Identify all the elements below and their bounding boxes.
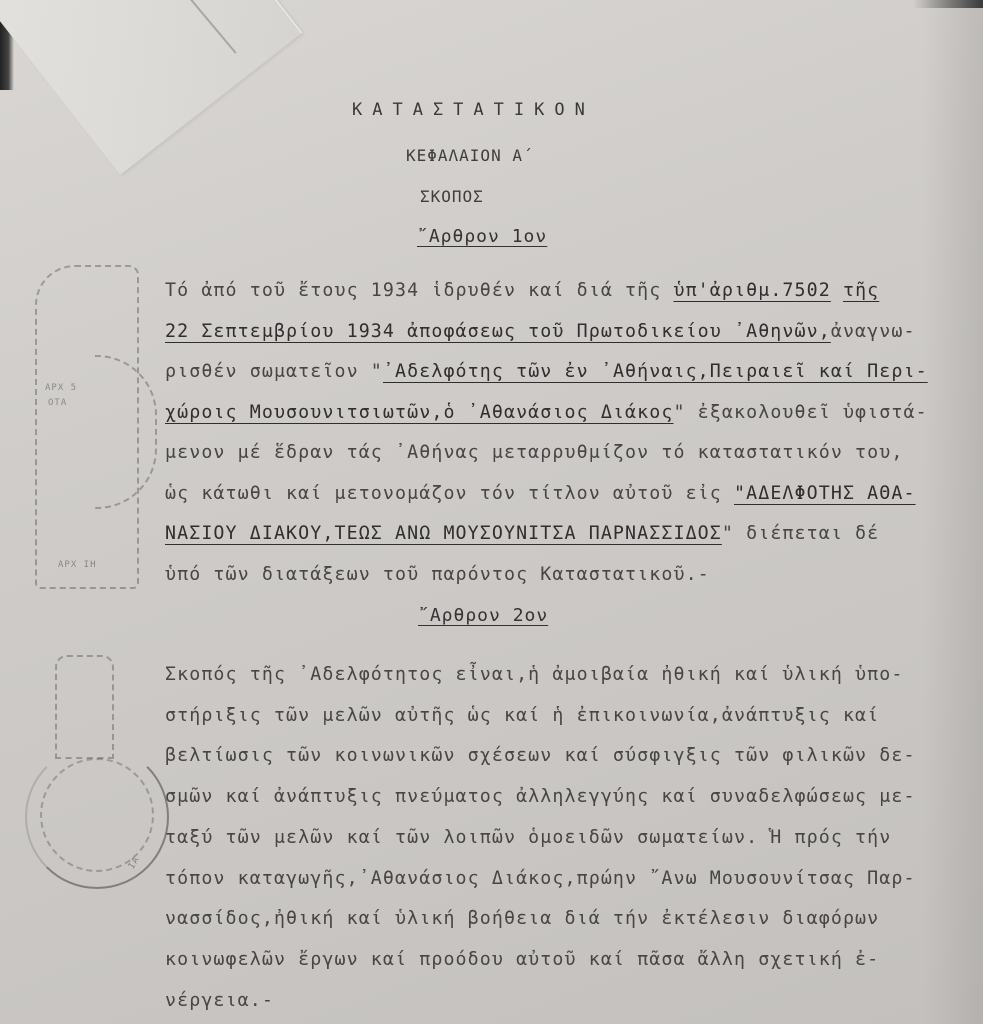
folded-paper-corner [0,0,302,175]
text-run: " ἐξακολουθεῖ ὑφιστά- [673,402,927,423]
page-shadow [923,0,983,1024]
underlined-text: ΝΑΣΙΟΥ ΔΙΑΚΟΥ,ΤΕΩΣ ΑΝΩ ΜΟΥΣΟΥΝΙΤΣΑ ΠΑΡΝΑ… [165,523,722,544]
text-run: νασσίδος,ἠθική καί ὑλική βοήθεια διά τήν… [165,908,879,929]
text-run: Σκοπός τῆς ᾿Αδελφότητος εἶναι,ἡ ἀμοιβαία… [165,664,903,685]
background-edge-top-right [913,0,983,8]
text-run: " διέπεται δέ [722,523,879,544]
text-run: σμῶν καί ἀνάπτυξις πνεύματος ἀλληλεγγύης… [165,786,916,807]
document-line: Τό ἀπό τοῦ ἔτους 1934 ἱδρυθέν καί διά τῆ… [165,280,879,301]
underlined-text: ὑπ'ἀριθμ.7502 [673,280,830,301]
text-run: Τό ἀπό τοῦ ἔτους 1934 ἱδρυθέν καί διά τῆ… [165,280,673,301]
document-line: κοινωφελῶν ἔργων καί προόδου αὐτοῦ καί π… [165,949,879,970]
document-line: 22 Σεπτεμβρίου 1934 ἀποφάσεως τοῦ Πρωτοδ… [165,321,916,342]
underlined-text: "ΑΔΕΛΦΟΤΗΣ ΑΘΑ- [734,483,916,504]
document-line: βελτίωσις τῶν κοινωνικῶν σχέσεων καί σύσ… [165,745,916,766]
document-line: ΝΑΣΙΟΥ ΔΙΑΚΟΥ,ΤΕΩΣ ΑΝΩ ΜΟΥΣΟΥΝΙΤΣΑ ΠΑΡΝΑ… [165,523,879,544]
article-1-heading: ῎Αρθρον 1ον [417,226,547,247]
official-stamp-upper-arc [95,355,157,509]
stamp-text: ΟΤΑ [48,398,67,408]
document-line: νασσίδος,ἠθική καί ὑλική βοήθεια διά τήν… [165,908,879,929]
document-line: ταξύ τῶν μελῶν καί τῶν λοιπῶν ὁμοειδῶν σ… [165,827,891,848]
document-line: ὑπό τῶν διατάξεων τοῦ παρόντος Καταστατι… [165,564,710,585]
stamp-text: ΑΡΧ 5 [45,383,77,393]
document-line: νέργεια.- [165,990,274,1011]
text-run: νέργεια.- [165,990,274,1011]
stamp-text: ΑΡΧ ΙΗ [58,560,97,570]
section-heading: ΣΚΟΠΟΣ [420,187,484,206]
text-run: τόπον καταγωγῆς,᾿Αθανάσιος Διάκος,πρώην … [165,868,916,889]
text-run: ὑπό τῶν διατάξεων τοῦ παρόντος Καταστατι… [165,564,710,585]
chapter-heading: ΚΕΦΑΛΑΙΟΝ Α΄ [406,146,534,165]
document-line: τόπον καταγωγῆς,᾿Αθανάσιος Διάκος,πρώην … [165,868,916,889]
document-line: ρισθέν σωματεῖον "᾿Αδελφότης τῶν ἐν ᾿Αθή… [165,361,928,382]
text-run: βελτίωσις τῶν κοινωνικῶν σχέσεων καί σύσ… [165,745,916,766]
text-run: ἀναγνω- [831,321,916,342]
underlined-text: τῆς [843,280,879,301]
underlined-text: ᾿Αδελφότης τῶν ἐν ᾿Αθήναις,Πειραιεῖ καί … [383,361,928,382]
official-seal-ring-inner [40,758,154,872]
article-2-heading: ῎Αρθρον 2ον [418,605,548,626]
document-line: στήριξις τῶν μελῶν αὐτῆς ὡς καί ἡ ἐπικοι… [165,705,879,726]
document-line: ὡς κάτωθι καί μετονομάζον τόν τίτλον αὐτ… [165,483,916,504]
underlined-text: χώροις Μουσουνιτσιωτῶν,ὁ ᾿Αθανάσιος Διάκ… [165,402,673,423]
underlined-text: 22 Σεπτεμβρίου 1934 ἀποφάσεως τοῦ Πρωτοδ… [165,321,831,342]
text-run [831,280,843,301]
document-line: Σκοπός τῆς ᾿Αδελφότητος εἶναι,ἡ ἀμοιβαία… [165,664,903,685]
text-run: στήριξις τῶν μελῶν αὐτῆς ὡς καί ἡ ἐπικοι… [165,705,879,726]
text-run: μενον μέ ἕδραν τάς ᾿Αθήνας μεταρρυθμίζον… [165,442,903,463]
text-run: ὡς κάτωθι καί μετονομάζον τόν τίτλον αὐτ… [165,483,734,504]
official-stamp-lower [55,655,114,759]
document-line: σμῶν καί ἀνάπτυξις πνεύματος ἀλληλεγγύης… [165,786,916,807]
document-title: ΚΑΤΑΣΤΑΤΙΚΟΝ [352,100,595,120]
text-run: ταξύ τῶν μελῶν καί τῶν λοιπῶν ὁμοειδῶν σ… [165,827,891,848]
document-line: χώροις Μουσουνιτσιωτῶν,ὁ ᾿Αθανάσιος Διάκ… [165,402,928,423]
text-run: κοινωφελῶν ἔργων καί προόδου αὐτοῦ καί π… [165,949,879,970]
document-line: μενον μέ ἕδραν τάς ᾿Αθήνας μεταρρυθμίζον… [165,442,903,463]
text-run: ρισθέν σωματεῖον " [165,361,383,382]
